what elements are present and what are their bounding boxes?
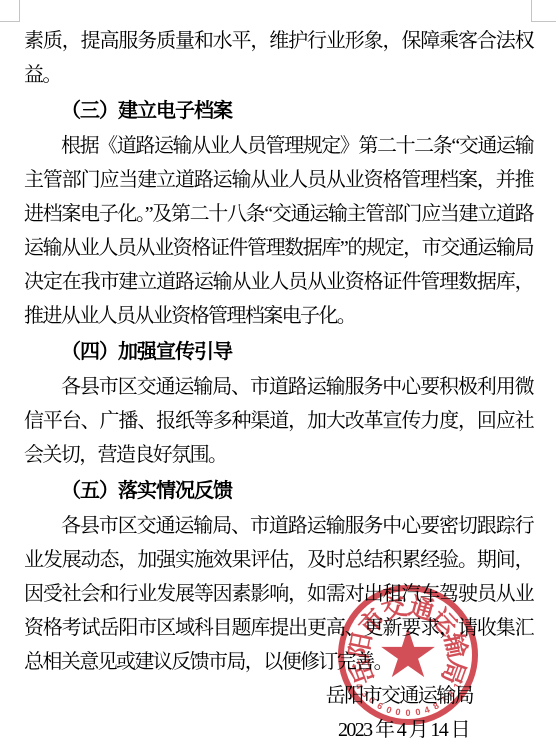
signature-org: 岳阳市交通运输局 <box>24 679 533 713</box>
signature-date: 2023 年 4 月 14 日 <box>24 713 533 747</box>
document-page: { "document": { "continuation_line": "素质… <box>0 0 559 750</box>
section-heading-5: （五）落实情况反馈 <box>24 474 533 508</box>
page-boundary-mark-top-right <box>531 0 556 22</box>
section-heading-3: （三）建立电子档案 <box>24 94 533 128</box>
continuation-paragraph: 素质，提高服务质量和水平，维护行业形象，保障乘客合法权益。 <box>24 24 533 92</box>
section-heading-4: （四）加强宣传引导 <box>24 335 533 369</box>
section-paragraph-4: 各县市区交通运输局、市道路运输服务中心要积极利用微信平台、广播、报纸等多种渠道，… <box>24 370 533 472</box>
section-paragraph-3: 根据《道路运输从业人员管理规定》第二十二条“交通运输主管部门应当建立道路运输从业… <box>24 129 533 333</box>
section-paragraph-5: 各县市区交通运输局、市道路运输服务中心要密切跟踪行业发展动态，加强实施效果评估，… <box>24 509 533 679</box>
page-boundary-mark-top-left <box>0 0 20 22</box>
document-body: 素质，提高服务质量和水平，维护行业形象，保障乘客合法权益。 （三）建立电子档案 … <box>24 24 533 747</box>
